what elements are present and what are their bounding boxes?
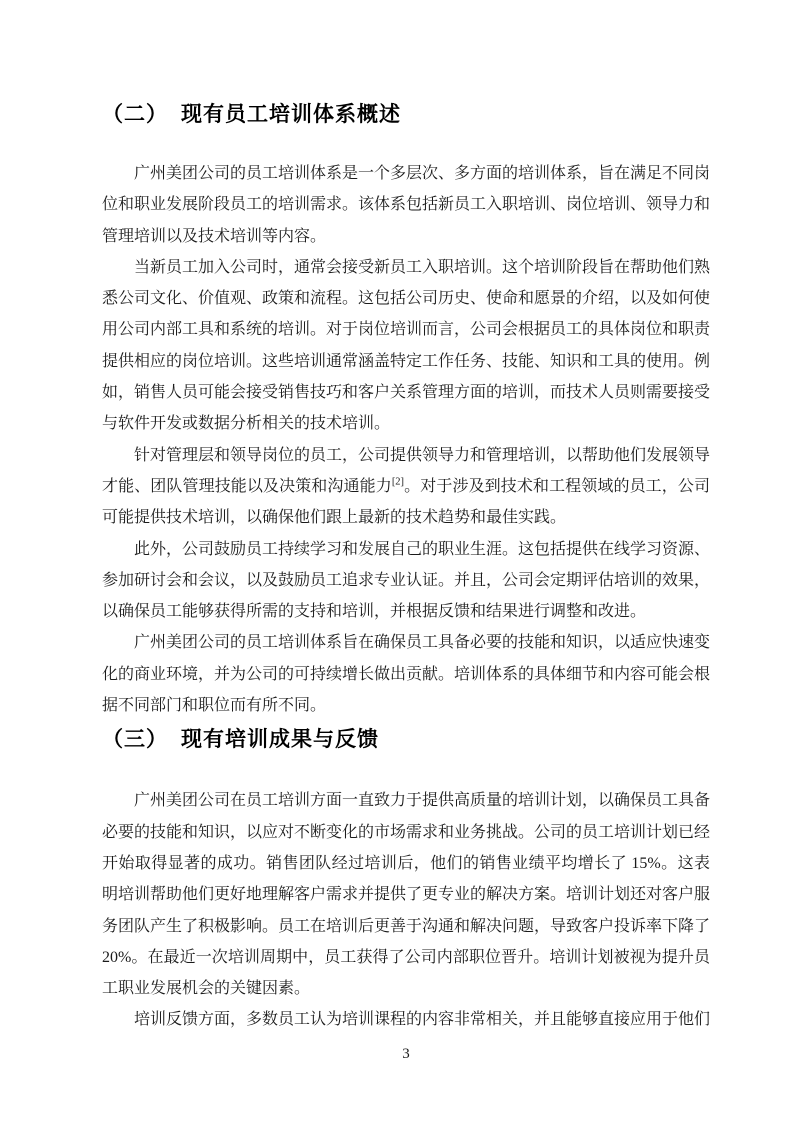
heading-title: 现有培训成果与反馈 [181, 727, 379, 751]
heading-title: 现有员工培训体系概述 [181, 102, 401, 126]
page-number: 3 [102, 1044, 710, 1064]
paragraph: 广州美团公司在员工培训方面一直致力于提供高质量的培训计划，以确保员工具备必要的技… [102, 785, 710, 1004]
heading-number: （三） [102, 727, 168, 751]
paragraph: 当新员工加入公司时，通常会接受新员工入职培训。这个培训阶段旨在帮助他们熟悉公司文… [102, 252, 710, 440]
section-heading-ii: （二）现有员工培训体系概述 [102, 98, 710, 130]
paragraph: 广州美团公司的员工培训体系是一个多层次、多方面的培训体系，旨在满足不同岗位和职业… [102, 158, 710, 252]
paragraph: 针对管理层和领导岗位的员工，公司提供领导力和管理培训，以帮助他们发展领导才能、团… [102, 440, 710, 534]
paragraph: 广州美团公司的员工培训体系旨在确保员工具备必要的技能和知识，以适应快速变化的商业… [102, 627, 710, 721]
section-heading-iii: （三）现有培训成果与反馈 [102, 723, 710, 755]
document-body: （二）现有员工培训体系概述 广州美团公司的员工培训体系是一个多层次、多方面的培训… [102, 0, 710, 1036]
paragraph: 培训反馈方面，多数员工认为培训课程的内容非常相关，并且能够直接应用于他们 [102, 1004, 710, 1035]
paragraph: 此外，公司鼓励员工持续学习和发展自己的职业生涯。这包括提供在线学习资源、参加研讨… [102, 534, 710, 628]
footnote-ref: [2] [392, 477, 404, 488]
document-page: （二）现有员工培训体系概述 广州美团公司的员工培训体系是一个多层次、多方面的培训… [0, 0, 793, 1122]
heading-number: （二） [102, 102, 168, 126]
